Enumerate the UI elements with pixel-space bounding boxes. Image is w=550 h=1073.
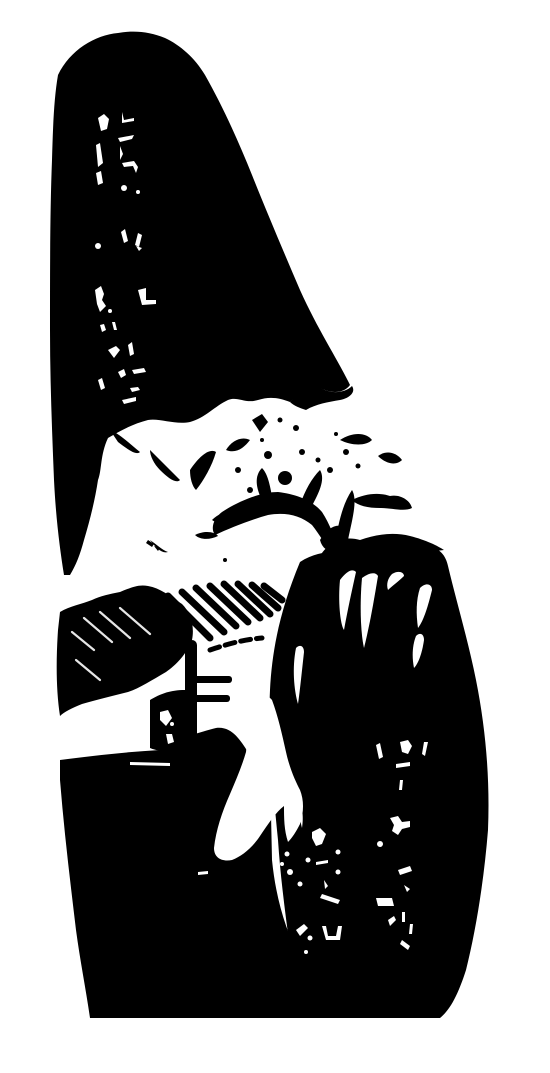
figure-robe — [269, 540, 488, 1018]
woodcut-artwork — [0, 0, 550, 1073]
